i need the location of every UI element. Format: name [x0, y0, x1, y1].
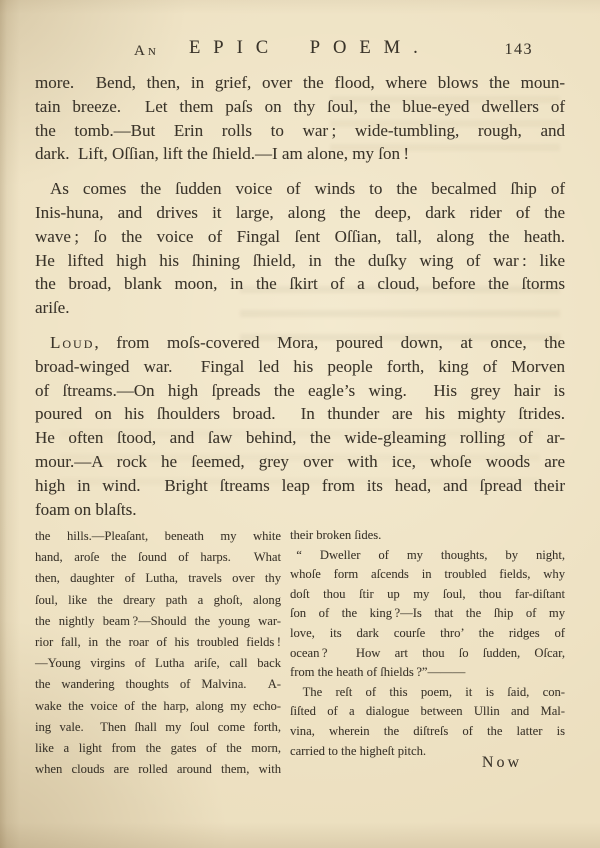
text-line: ſoul, like the dreary path a ghoſt, alon… — [35, 590, 281, 611]
running-header: An EPIC POEM. 143 — [0, 38, 600, 64]
text-line: mour.—A rock he ſeemed, grey over with i… — [35, 450, 565, 474]
paragraph-2: As comes the ſudden voice of winds to th… — [35, 177, 565, 320]
text-line: vina, wherein the diſtreſs of the latter… — [290, 722, 565, 742]
text-line: then, daughter of Lutha, travels over th… — [35, 568, 281, 589]
text-line: carried to the higheſt pitch. — [290, 742, 565, 762]
text-line: —Young virgins of Lutha ariſe, call back — [35, 653, 281, 674]
text-line: The reſt of this poem, it is ſaid, con- — [290, 683, 565, 703]
text-line: like a light from the gates of the morn, — [35, 738, 281, 759]
catchword: Now — [482, 754, 522, 772]
text-line: whoſe form aſcends in troubled fields, w… — [290, 565, 565, 585]
paragraph-1: more. Bend, then, in grief, over the flo… — [35, 71, 565, 166]
text-line: the hills.—Pleaſant, beneath my white — [35, 526, 281, 547]
header-article: An — [134, 43, 159, 60]
text-line: He lifted high his ſhining ſhield, in th… — [35, 249, 565, 273]
text-line: the tomb.—But Erin rolls to war ; wide-t… — [35, 119, 565, 143]
text-line: from the heath of ſhields ?”——— — [290, 663, 565, 683]
footnotes: the hills.—Pleaſant, beneath my whitehan… — [35, 526, 565, 780]
text-line: broad-winged war. Fingal led his people … — [35, 355, 565, 379]
text-line: their broken ſides. — [290, 526, 565, 546]
text-line: tain breeze. Let them paſs on thy ſoul, … — [35, 95, 565, 119]
text-line: rior fall, in the roar of his troubled f… — [35, 632, 281, 653]
text-line: As comes the ſudden voice of winds to th… — [35, 177, 565, 201]
text-line: foam on blaſts. — [35, 498, 565, 522]
paragraph-3: Loud, from moſs-covered Mora, poured dow… — [35, 331, 565, 521]
text-line: Loud, from moſs-covered Mora, poured dow… — [35, 331, 565, 355]
text-line: He often ſtood, and ſaw behind, the wide… — [35, 426, 565, 450]
text-line: poured on his ſhoulders broad. In thunde… — [35, 402, 565, 426]
text-line: ſon of the king ?—Is that the ſhip of my — [290, 604, 565, 624]
page-title: EPIC POEM. — [189, 38, 431, 59]
text-line: “ Dweller of my thoughts, by night, — [290, 546, 565, 566]
text-line: Inis-huna, and drives it large, along th… — [35, 201, 565, 225]
text-line: more. Bend, then, in grief, over the flo… — [35, 71, 565, 95]
text-line: the wandering thoughts of Malvina. A- — [35, 674, 281, 695]
text-line: the nightly beam ?—Should the young war- — [35, 611, 281, 632]
text-line: doſt thou ſtir up my ſoul, thou far-diſt… — [290, 585, 565, 605]
text-line: love, its dark courſe thro’ the ridges o… — [290, 624, 565, 644]
text-line: high in wind. Bright ſtreams leap from i… — [35, 474, 565, 498]
smallcaps-lead: Loud — [50, 333, 94, 352]
text-line: hand, aroſe the ſound of harps. What — [35, 547, 281, 568]
text-line: dark. Lift, Oſſian, lift the ſhield.—I a… — [35, 142, 565, 166]
text-line: ocean ? How art thou ſo ſudden, Oſcar, — [290, 644, 565, 664]
footnote-column-left: the hills.—Pleaſant, beneath my whitehan… — [35, 526, 281, 780]
text-line: ſiſted of a dialogue between Ullin and M… — [290, 702, 565, 722]
text-line: wave ; ſo the voice of Fingal ſent Oſſia… — [35, 225, 565, 249]
book-page: An EPIC POEM. 143 more. Bend, then, in g… — [0, 0, 600, 848]
text-line: the broad, blank moon, in the ſkirt of a… — [35, 272, 565, 296]
main-text: more. Bend, then, in grief, over the flo… — [35, 71, 565, 521]
text-line: when clouds are rolled around them, with — [35, 759, 281, 780]
text-line: wake the voice of the harp, along my ech… — [35, 696, 281, 717]
page-number: 143 — [505, 41, 534, 59]
footnote-column-right: their broken ſides. “ Dweller of my thou… — [290, 526, 565, 780]
text-line: ing vale. Then ſhall my ſoul come forth, — [35, 717, 281, 738]
text-line: of ſtreams.—On high ſpreads the eagle’s … — [35, 379, 565, 403]
text-line: ariſe. — [35, 296, 565, 320]
